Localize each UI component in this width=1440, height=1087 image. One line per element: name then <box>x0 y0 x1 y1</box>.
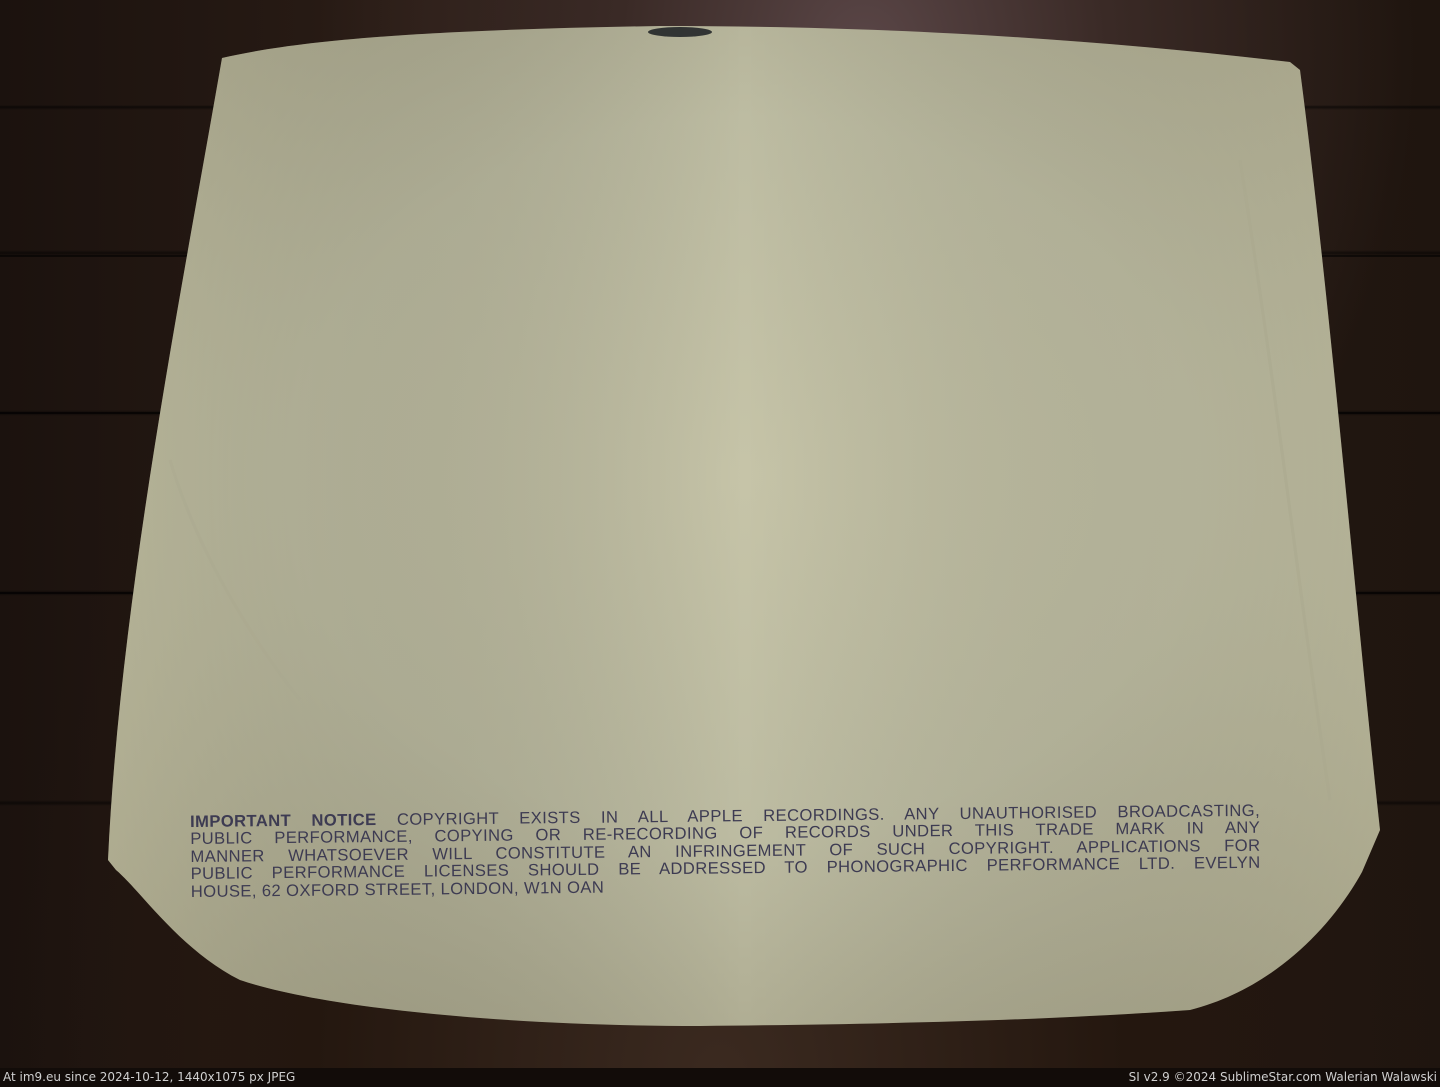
image-host-footer: At im9.eu since 2024-10-12, 1440x1075 px… <box>0 1068 1440 1087</box>
footer-credit: SI v2.9 ©2024 SublimeStar.com Walerian W… <box>1129 1068 1437 1087</box>
record-sleeve <box>0 0 1440 1087</box>
footer-host-info: At im9.eu since 2024-10-12, 1440x1075 px… <box>3 1068 295 1087</box>
sleeve-top-notch <box>648 27 712 37</box>
copyright-notice: IMPORTANT NOTICE COPYRIGHT EXISTS IN ALL… <box>190 802 1261 900</box>
